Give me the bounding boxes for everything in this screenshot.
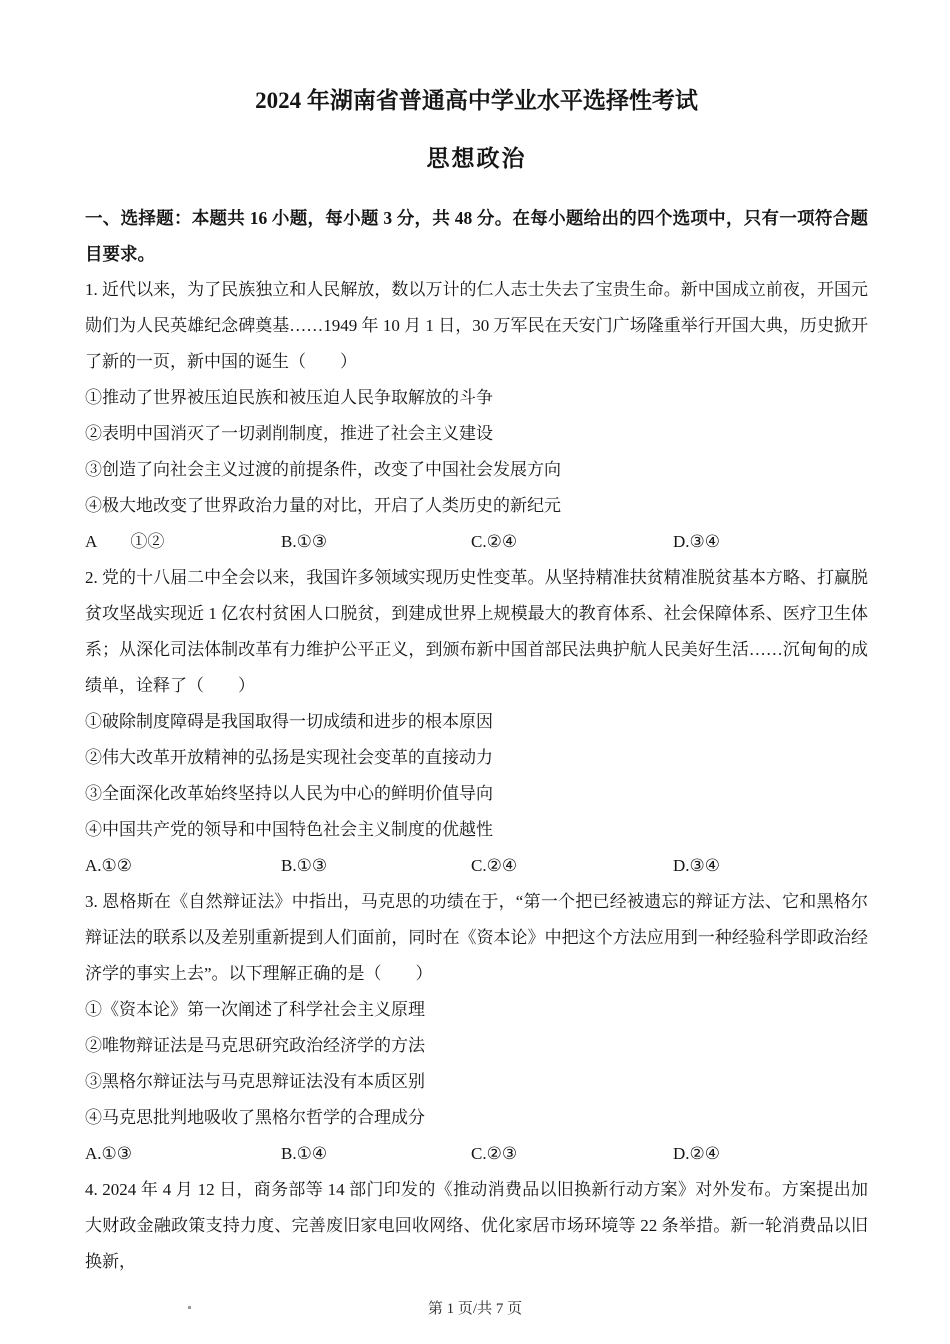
- question-1-option-b: B.①③: [281, 524, 471, 560]
- question-3-item-1: ①《资本论》第一次阐述了科学社会主义原理: [85, 992, 868, 1028]
- question-3-option-d: D.②④: [673, 1136, 868, 1172]
- exam-subject-title: 思想政治: [85, 144, 868, 174]
- question-1: 1. 近代以来，为了民族独立和人民解放，数以万计的仁人志士失去了宝贵生命。新中国…: [85, 272, 868, 560]
- question-1-option-a: A ①②: [85, 524, 281, 560]
- question-3: 3. 恩格斯在《自然辩证法》中指出，马克思的功绩在于，“第一个把已经被遗忘的辩证…: [85, 884, 868, 1172]
- exam-title: 2024 年湖南省普通高中学业水平选择性考试: [85, 86, 868, 116]
- question-3-item-3: ③黑格尔辩证法与马克思辩证法没有本质区别: [85, 1064, 868, 1100]
- question-1-option-c: C.②④: [471, 524, 673, 560]
- question-1-item-1: ①推动了世界被压迫民族和被压迫人民争取解放的斗争: [85, 380, 868, 416]
- question-4: 4. 2024 年 4 月 12 日，商务部等 14 部门印发的《推动消费品以旧…: [85, 1172, 868, 1280]
- exam-paper-page: 2024 年湖南省普通高中学业水平选择性考试 思想政治 一、选择题：本题共 16…: [0, 0, 950, 1344]
- question-2-item-3: ③全面深化改革始终坚持以人民为中心的鲜明价值导向: [85, 776, 868, 812]
- question-1-item-3: ③创造了向社会主义过渡的前提条件，改变了中国社会发展方向: [85, 452, 868, 488]
- question-3-option-a: A.①③: [85, 1136, 281, 1172]
- page-number: 第 1 页/共 7 页: [0, 1297, 950, 1318]
- question-2-option-b: B.①③: [281, 848, 471, 884]
- question-2-item-4: ④中国共产党的领导和中国特色社会主义制度的优越性: [85, 812, 868, 848]
- question-1-options-row: A ①② B.①③ C.②④ D.③④: [85, 524, 868, 560]
- section-header: 一、选择题：本题共 16 小题，每小题 3 分，共 48 分。在每小题给出的四个…: [85, 200, 868, 272]
- question-2-item-1: ①破除制度障碍是我国取得一切成绩和进步的根本原因: [85, 704, 868, 740]
- question-4-stem: 4. 2024 年 4 月 12 日，商务部等 14 部门印发的《推动消费品以旧…: [85, 1172, 868, 1280]
- question-2-option-a: A.①②: [85, 848, 281, 884]
- question-3-item-4: ④马克思批判地吸收了黑格尔哲学的合理成分: [85, 1100, 868, 1136]
- question-3-option-b: B.①④: [281, 1136, 471, 1172]
- question-3-stem: 3. 恩格斯在《自然辩证法》中指出，马克思的功绩在于，“第一个把已经被遗忘的辩证…: [85, 884, 868, 992]
- question-2-options-row: A.①② B.①③ C.②④ D.③④: [85, 848, 868, 884]
- question-2: 2. 党的十八届二中全会以来，我国许多领域实现历史性变革。从坚持精准扶贫精准脱贫…: [85, 560, 868, 884]
- question-3-options-row: A.①③ B.①④ C.②③ D.②④: [85, 1136, 868, 1172]
- question-1-item-2: ②表明中国消灭了一切剥削制度，推进了社会主义建设: [85, 416, 868, 452]
- question-1-option-d: D.③④: [673, 524, 868, 560]
- question-1-stem: 1. 近代以来，为了民族独立和人民解放，数以万计的仁人志士失去了宝贵生命。新中国…: [85, 272, 868, 380]
- question-2-stem: 2. 党的十八届二中全会以来，我国许多领域实现历史性变革。从坚持精准扶贫精准脱贫…: [85, 560, 868, 704]
- question-2-item-2: ②伟大改革开放精神的弘扬是实现社会变革的直接动力: [85, 740, 868, 776]
- question-3-item-2: ②唯物辩证法是马克思研究政治经济学的方法: [85, 1028, 868, 1064]
- question-2-option-d: D.③④: [673, 848, 868, 884]
- page-content: 2024 年湖南省普通高中学业水平选择性考试 思想政治 一、选择题：本题共 16…: [85, 86, 868, 1280]
- question-3-option-c: C.②③: [471, 1136, 673, 1172]
- question-1-item-4: ④极大地改变了世界政治力量的对比，开启了人类历史的新纪元: [85, 488, 868, 524]
- question-2-option-c: C.②④: [471, 848, 673, 884]
